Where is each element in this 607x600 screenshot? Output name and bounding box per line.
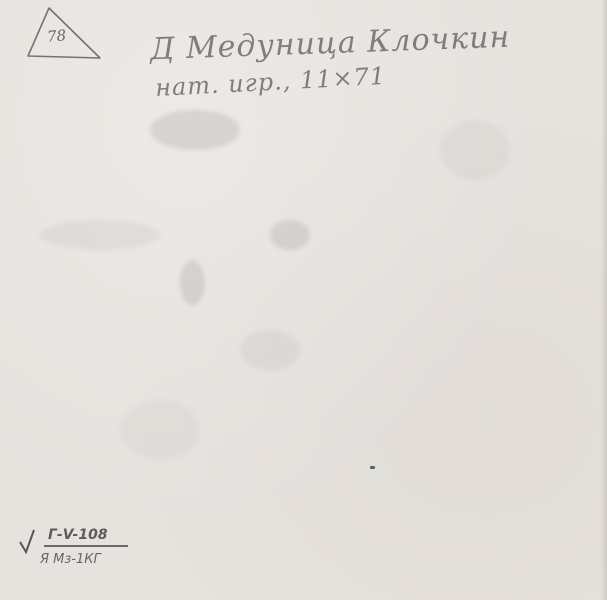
- smudge: [440, 120, 510, 180]
- title-annotation-line1: Д Медуница Клочкин: [149, 20, 510, 68]
- smudge: [240, 330, 300, 370]
- title-annotation-line2: нат. игр., 11×71: [154, 62, 386, 102]
- smudge: [40, 220, 160, 250]
- green-speck: [370, 466, 375, 469]
- catalog-code-top: Г-V-108: [48, 527, 108, 543]
- inventory-number: 78: [46, 26, 67, 46]
- smudge: [120, 400, 200, 460]
- smudge: [150, 110, 240, 150]
- catalog-code-bottom: Я Мз-1КГ: [40, 552, 101, 567]
- right-edge-shadow: [601, 0, 607, 600]
- paper-verso: 78 Д Медуница Клочкин нат. игр., 11×71 Г…: [0, 0, 607, 600]
- smudge: [180, 260, 205, 305]
- smudge: [270, 220, 310, 250]
